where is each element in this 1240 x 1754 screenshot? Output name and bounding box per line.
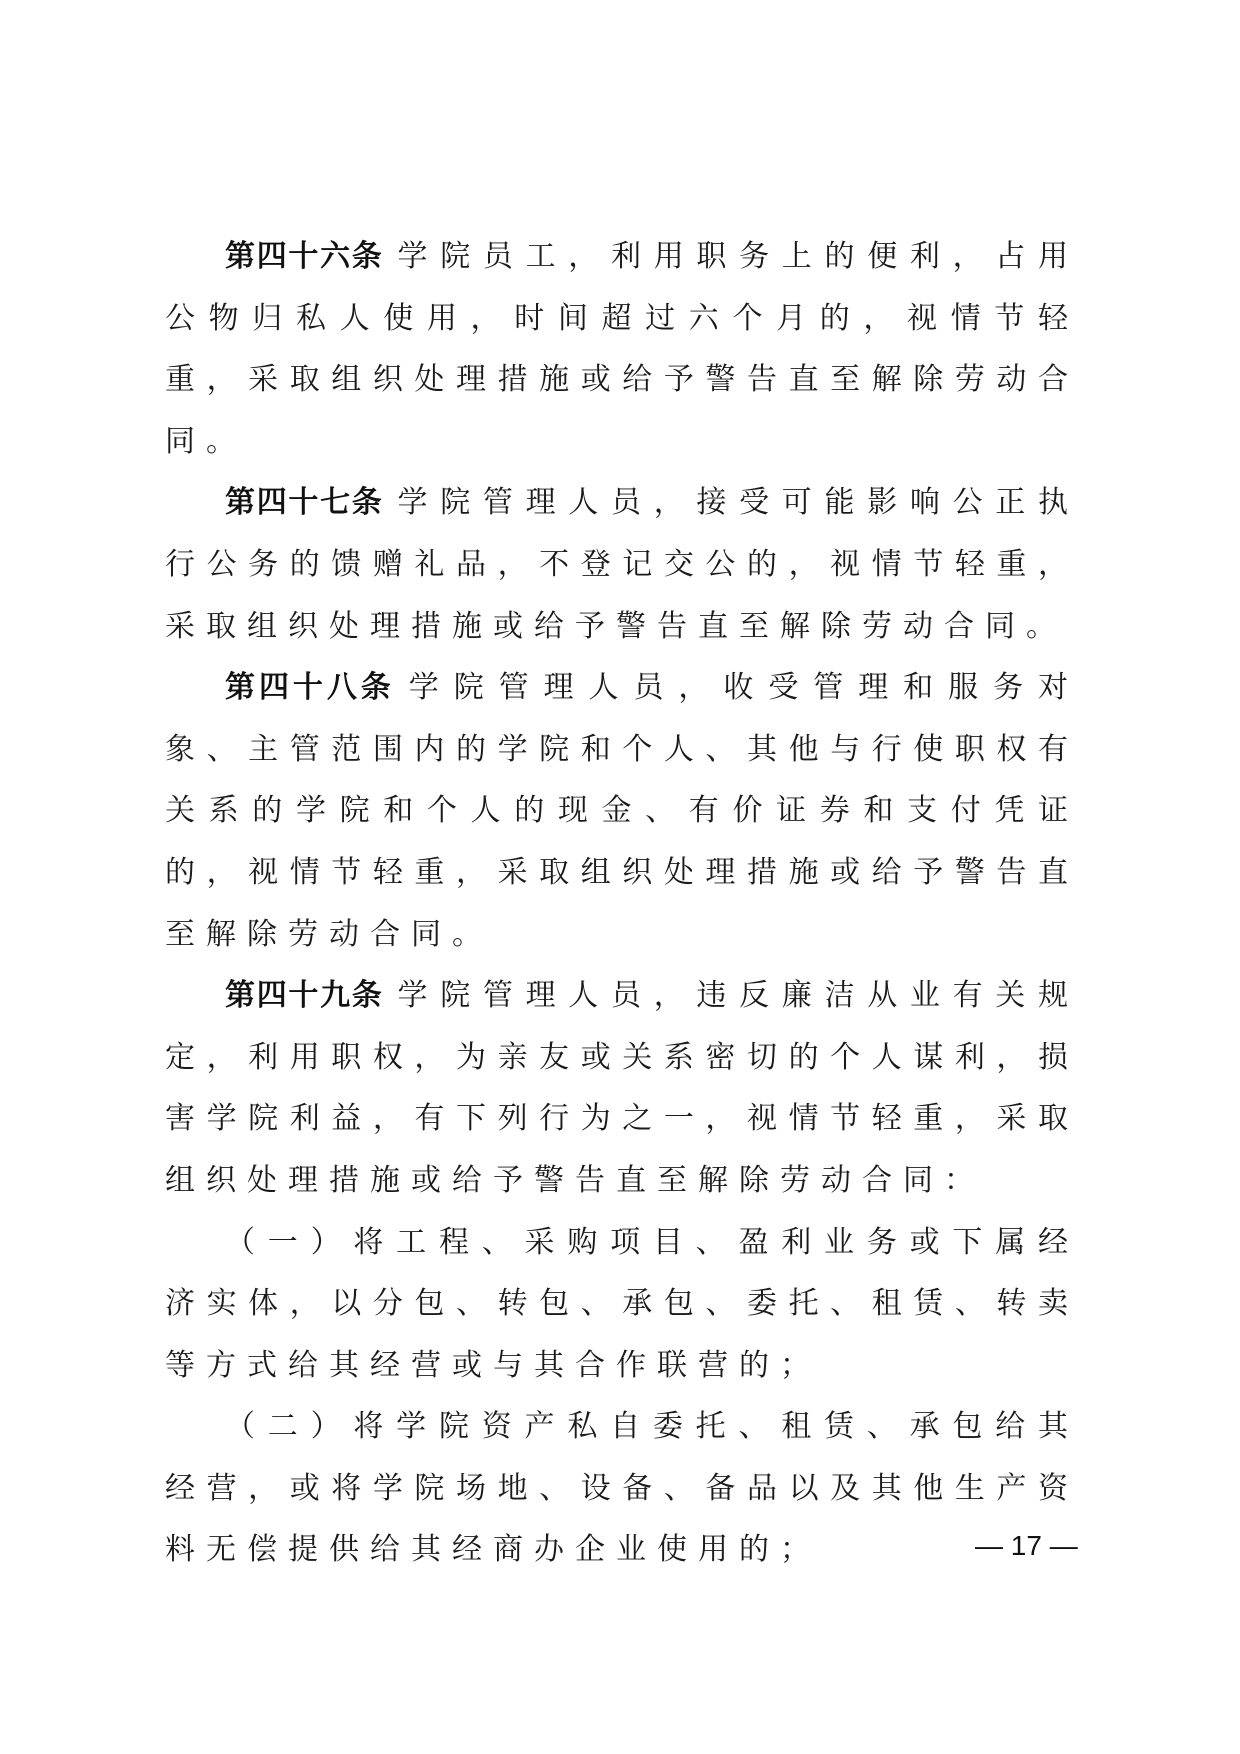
article-47: 第四十七条学院管理人员，接受可能影响公正执行公务的馈赠礼品，不登记交公的，视情节… (165, 472, 1079, 657)
list-item-1: （一）将工程、采购项目、盈利业务或下属经济实体，以分包、转包、承包、委托、租赁、… (165, 1212, 1079, 1397)
document-page: 第四十六条学院员工，利用职务上的便利，占用公物归私人使用，时间超过六个月的，视情… (0, 0, 1240, 1754)
list-item-text: （一）将工程、采购项目、盈利业务或下属经济实体，以分包、转包、承包、委托、租赁、… (165, 1225, 1079, 1383)
article-text: 学院管理人员，收受管理和服务对象、主管范围内的学院和个人、其他与行使职权有关系的… (165, 670, 1079, 951)
article-number: 第四十八条 (225, 670, 395, 705)
article-48: 第四十八条学院管理人员，收受管理和服务对象、主管范围内的学院和个人、其他与行使职… (165, 657, 1079, 965)
list-item-2: （二）将学院资产私自委托、租赁、承包给其经营，或将学院场地、设备、备品以及其他生… (165, 1396, 1079, 1581)
article-49: 第四十九条学院管理人员，违反廉洁从业有关规定，利用职权，为亲友或关系密切的个人谋… (165, 965, 1079, 1211)
article-number: 第四十七条 (225, 485, 384, 520)
article-number: 第四十九条 (225, 978, 384, 1013)
page-number: — 17 — (975, 1530, 1095, 1562)
article-46: 第四十六条学院员工，利用职务上的便利，占用公物归私人使用，时间超过六个月的，视情… (165, 226, 1079, 472)
document-body: 第四十六条学院员工，利用职务上的便利，占用公物归私人使用，时间超过六个月的，视情… (165, 226, 1079, 1581)
article-number: 第四十六条 (225, 239, 384, 274)
list-item-text: （二）将学院资产私自委托、租赁、承包给其经营，或将学院场地、设备、备品以及其他生… (165, 1409, 1079, 1567)
